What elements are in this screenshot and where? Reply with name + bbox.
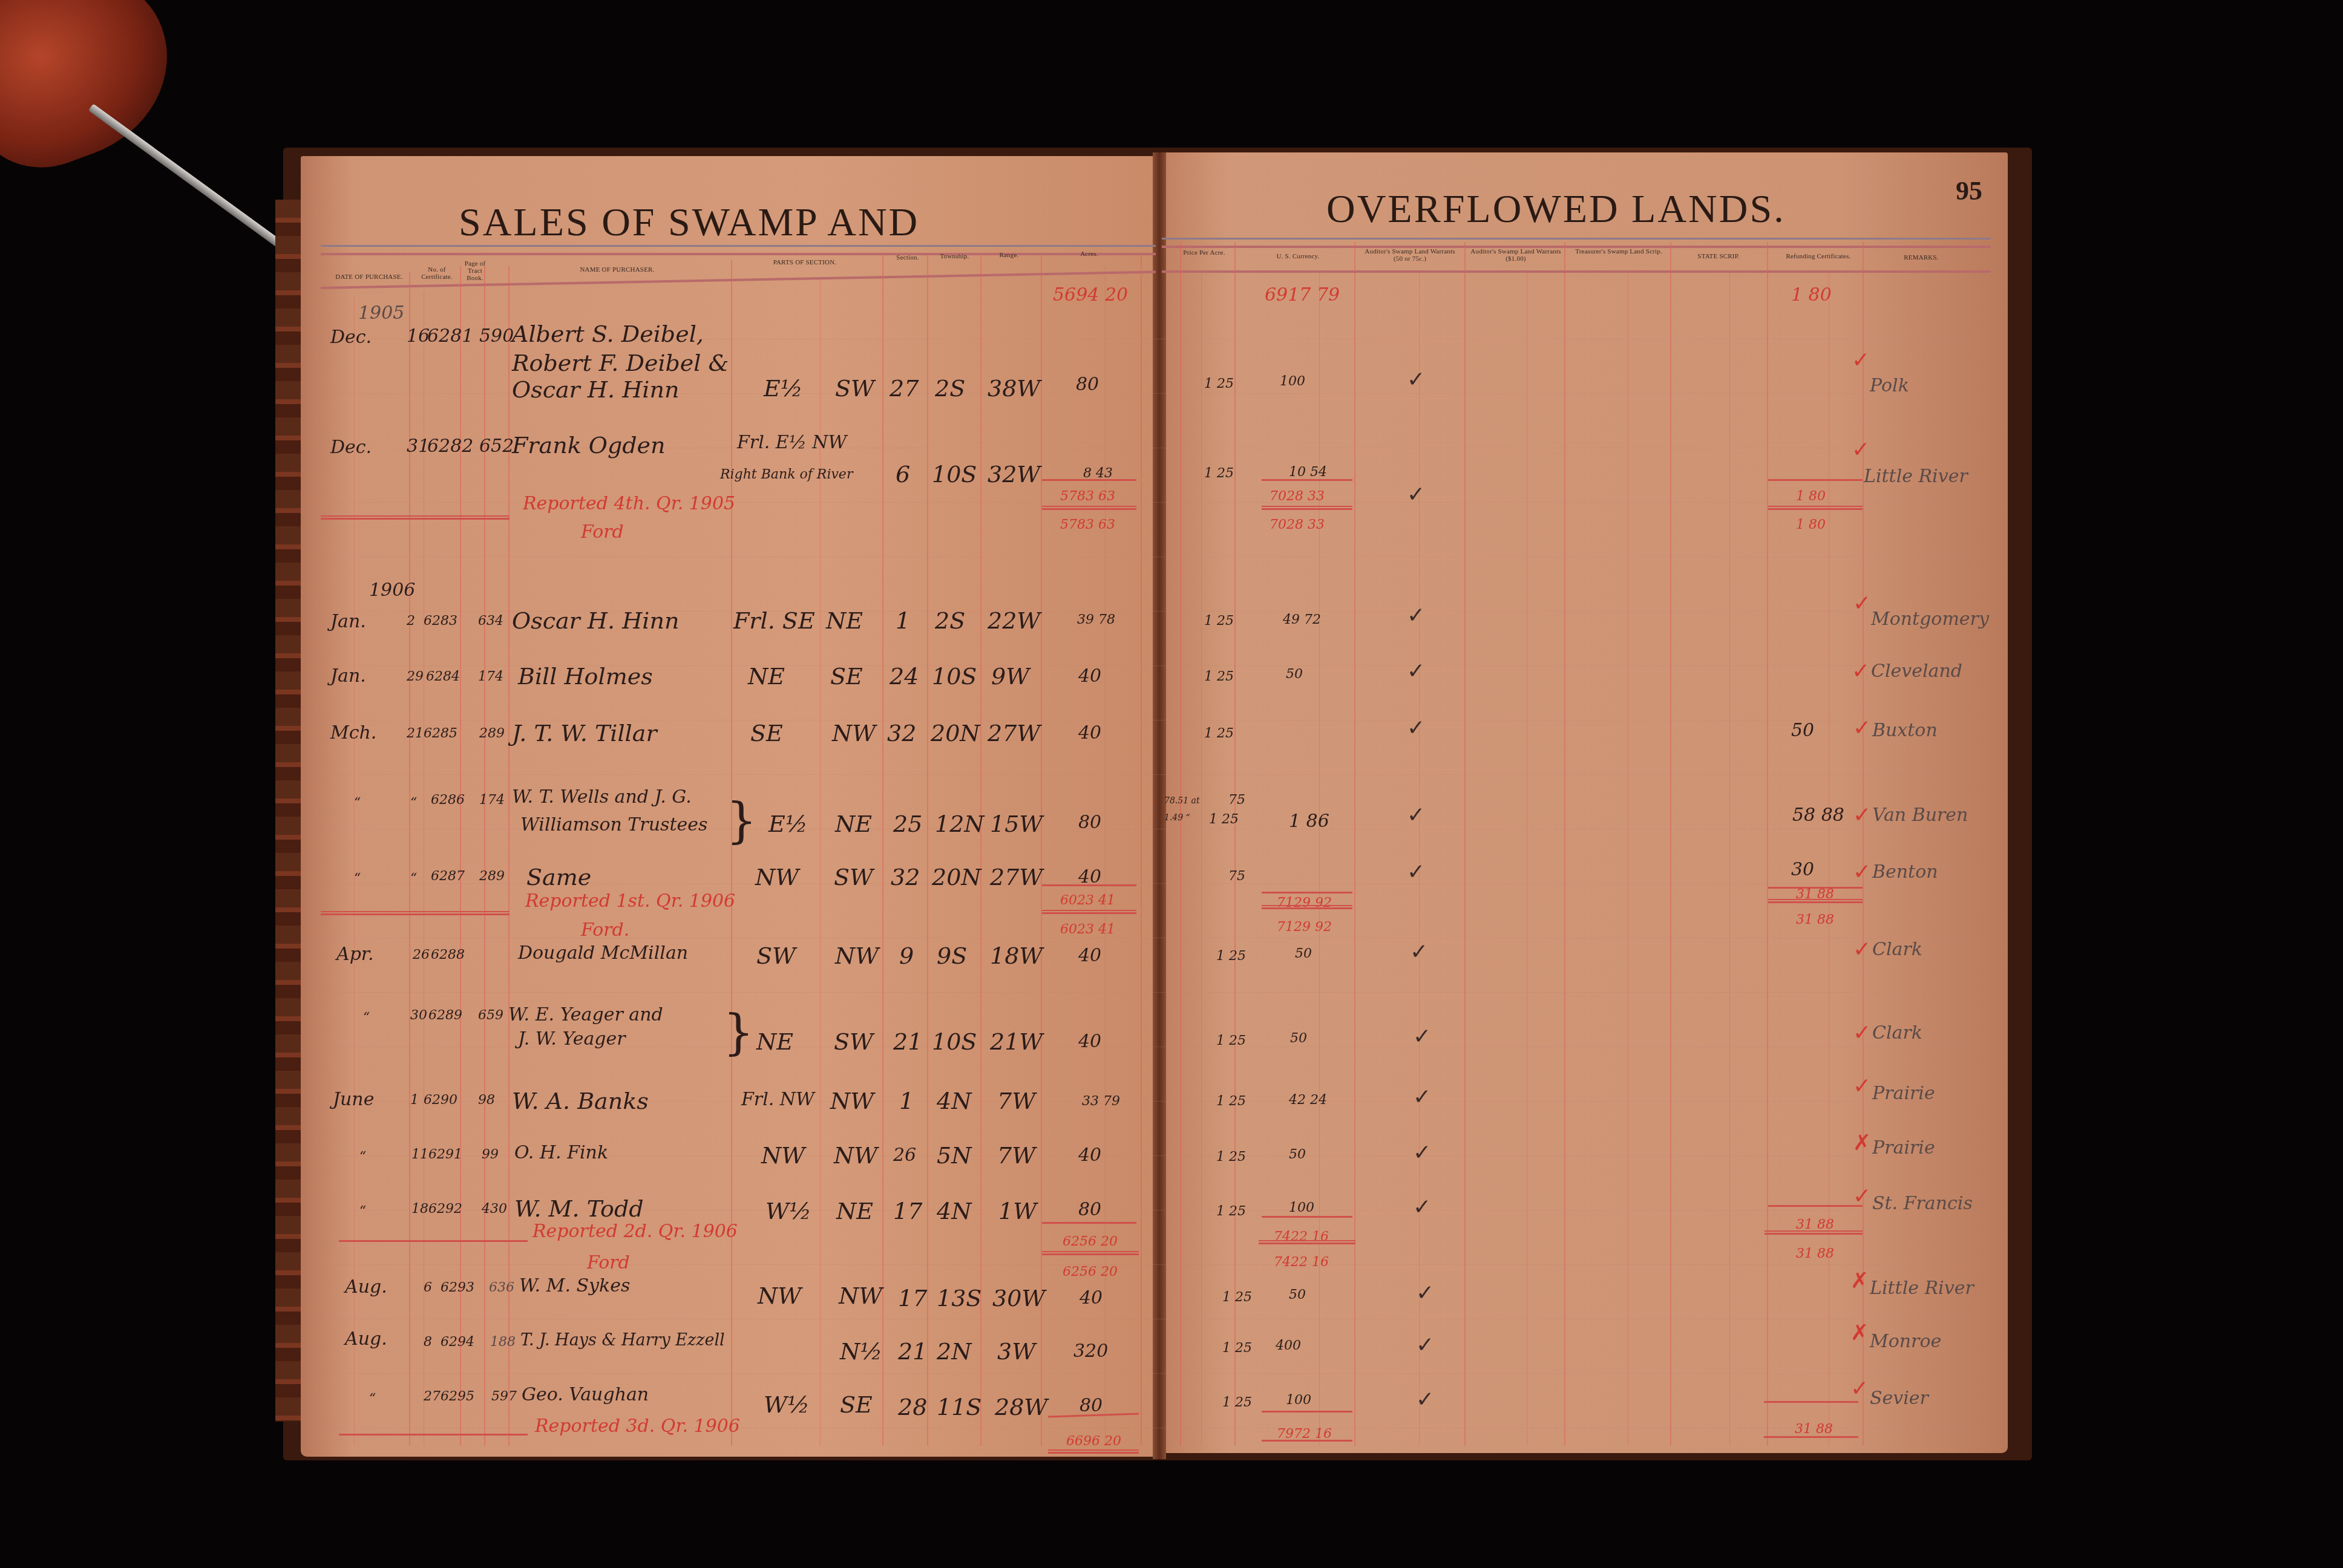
book-gutter [1153, 152, 1166, 1459]
entry-remarks: Benton [1872, 861, 1938, 883]
report-rule [1765, 1230, 1863, 1235]
entry-range: 22W [988, 607, 1040, 634]
column-rule [1527, 272, 1527, 1446]
col-header-aud-warrants-100: Auditor's Swamp Land Warrants ($1.00) [1470, 248, 1561, 263]
entry-price: 1 25 [1204, 669, 1234, 684]
entry-name: O. H. Fink [514, 1142, 608, 1163]
entry-page: 659 [478, 1008, 503, 1023]
subtotal-rule [1042, 884, 1136, 886]
report-refunding-total: 1 80 [1796, 489, 1826, 504]
entry-name: Frank Ogden [512, 432, 666, 459]
entry-page: 430 [482, 1201, 507, 1217]
entry-parts: NW [835, 942, 879, 969]
entry-day: 11 [411, 1147, 428, 1162]
entry-township: 20N [931, 720, 980, 746]
entry-remarks: Sevier [1870, 1388, 1928, 1409]
entry-parts: Frl. SE [733, 607, 815, 634]
row-rule [321, 1373, 1991, 1374]
entry-check-icon: ✓ [1416, 1334, 1434, 1356]
entry-township: 13S [937, 1285, 981, 1312]
entry-parts: Right Bank of River [720, 467, 853, 482]
entry-cert: 6292 [428, 1201, 462, 1217]
entry-page: 289 [479, 726, 505, 741]
entry-acres: 39 78 [1077, 612, 1115, 627]
col-header-treasurer-scrip: Treasurer's Swamp Land Scrip. [1573, 248, 1664, 255]
entry-currency: 50 [1289, 1287, 1306, 1302]
entry-parts: NW [834, 1142, 877, 1169]
remark-check-icon: ✗ [1853, 1132, 1871, 1154]
entry-price: 1 25 [1204, 613, 1234, 629]
entry-month: Dec. [330, 327, 372, 348]
row-rule [321, 938, 1991, 938]
entry-range: 28W [995, 1394, 1047, 1420]
entry-currency: 100 [1286, 1393, 1311, 1408]
entry-parts: SW [835, 375, 874, 402]
entry-acres: 80 [1076, 374, 1099, 395]
row-rule [321, 1264, 1991, 1265]
col-header-price: Price Per Acre. [1183, 249, 1225, 256]
entry-acres: 80 [1080, 1395, 1103, 1416]
entry-cert: 6287 [431, 869, 465, 884]
entry-name: W. A. Banks [512, 1088, 649, 1114]
forward-refunding: 1 80 [1791, 284, 1832, 305]
entry-range: 38W [988, 375, 1040, 402]
report-refunding-forward: 31 88 [1796, 1246, 1834, 1261]
entry-parts: NE [835, 811, 872, 837]
entry-month: “ [359, 1204, 366, 1219]
column-rule [1180, 242, 1181, 1446]
brace-icon: } [723, 1004, 754, 1060]
col-header-section: Section. [890, 254, 926, 261]
entry-parts: NW [839, 1282, 882, 1309]
remark-check-icon: ✓ [1853, 805, 1871, 826]
report-rule [321, 515, 510, 520]
forward-acres: 5694 20 [1053, 284, 1128, 305]
entry-price: 1 25 [1216, 1149, 1246, 1165]
entry-section: 25 [893, 811, 922, 837]
entry-page: 597 [491, 1389, 517, 1404]
column-rule [1141, 254, 1142, 1446]
header-rule [1162, 238, 1991, 240]
entry-parts: NW [832, 720, 876, 746]
entry-name: Oscar H. Hinn [512, 376, 679, 403]
entry-range: 1W [998, 1198, 1037, 1224]
entry-parts: NW [755, 864, 799, 890]
entry-page: 634 [478, 613, 503, 629]
column-rule [1419, 272, 1420, 1446]
entry-check-icon: ✓ [1416, 1282, 1434, 1304]
report-refunding-forward: 1 80 [1796, 517, 1826, 532]
entry-check-icon: ✓ [1413, 1026, 1431, 1048]
entry-month: “ [354, 795, 361, 811]
report-acres-forward: 6256 20 [1063, 1264, 1118, 1279]
row-rule [321, 557, 1991, 557]
entry-section: 1 [896, 607, 910, 634]
column-rule [1767, 242, 1768, 1446]
entry-month: Apr. [336, 944, 373, 965]
col-header-name: NAME OF PURCHASER. [545, 266, 690, 273]
column-rule [1041, 254, 1042, 1446]
report-label: Reported 4th. Qr. 1905 [523, 493, 735, 514]
entry-check-icon: ✓ [1407, 605, 1425, 627]
entry-price: 1 25 [1216, 1033, 1246, 1048]
entry-day: 18 [411, 1201, 428, 1217]
entry-check-icon: ✓ [1413, 1197, 1431, 1218]
entry-range: 27W [988, 720, 1040, 746]
entry-name: W. M. Sykes [519, 1275, 630, 1296]
entry-parts: Frl. NW [741, 1089, 814, 1110]
report-acres-total: 6696 20 [1066, 1434, 1121, 1449]
entry-parts: NE [748, 663, 785, 690]
entry-check-icon: ✓ [1407, 805, 1425, 826]
report-rule [1768, 506, 1863, 510]
entry-cert: 6281 [427, 325, 473, 347]
entry-parts: E½ [764, 375, 803, 402]
entry-acres: 40 [1078, 1145, 1101, 1166]
entry-page: 636 [489, 1280, 514, 1295]
entry-month: Aug. [345, 1328, 387, 1350]
report-rule [321, 911, 510, 915]
remark-check-icon: ✓ [1853, 717, 1871, 739]
report-rule [1262, 1440, 1352, 1442]
report-rule [1262, 506, 1352, 510]
entry-remarks: Little River [1864, 466, 1968, 487]
entry-page: 174 [479, 792, 505, 808]
entry-parts: W½ [765, 1198, 811, 1224]
report-rule [1042, 910, 1136, 914]
report-rule [339, 1240, 528, 1242]
report-acres-forward: 6023 41 [1060, 922, 1115, 937]
entry-cert: 6289 [428, 1008, 462, 1023]
entry-page: 98 [478, 1093, 495, 1108]
entry-check-icon: ✓ [1410, 941, 1428, 963]
column-rule [1464, 242, 1466, 1446]
entry-month: June [333, 1089, 374, 1110]
entry-name: Geo. Vaughan [522, 1384, 649, 1405]
entry-name: Dougald McMillan [518, 942, 688, 964]
entry-parts: SW [834, 864, 873, 890]
row-rule [321, 992, 1991, 993]
entry-remarks: Montgomery [1871, 609, 1989, 630]
entry-price: 1 25 [1204, 376, 1234, 391]
entry-parts: SE [830, 663, 863, 690]
entry-acres: 80 [1078, 812, 1101, 833]
subtotal-rule [1764, 1401, 1858, 1403]
entry-month: Mch. [330, 722, 376, 743]
entry-range: 9W [991, 663, 1029, 690]
entry-acres: 40 [1078, 722, 1101, 743]
remark-check-icon: ✓ [1853, 1076, 1871, 1097]
entry-township: 10S [932, 461, 977, 488]
remark-check-icon: ✗ [1850, 1322, 1869, 1344]
entry-price: 75 [1228, 792, 1245, 808]
entry-remarks: Clark [1872, 1022, 1922, 1044]
entry-day: 2 [407, 613, 415, 629]
entry-range: 7W [997, 1142, 1035, 1169]
entry-day: 21 [407, 726, 424, 741]
subtotal-rule [1262, 892, 1352, 893]
entry-currency: 50 [1286, 667, 1303, 682]
column-rule [1201, 272, 1202, 1446]
entry-refunding: 58 88 [1792, 805, 1844, 826]
column-rule [424, 290, 424, 1446]
subtotal-rule [1042, 1222, 1136, 1224]
entry-currency: 100 [1280, 374, 1305, 389]
entry-currency: 49 72 [1283, 612, 1321, 627]
entry-currency: 400 [1276, 1338, 1301, 1353]
report-currency-total: 7028 33 [1270, 489, 1325, 504]
column-rule [820, 278, 821, 1446]
report-signature: Ford [581, 521, 624, 543]
entry-name: Bill Holmes [518, 663, 653, 690]
header-bottom-rule [1162, 270, 1991, 273]
remark-check-icon: ✓ [1853, 939, 1871, 961]
col-header-township: Township. [929, 253, 980, 260]
entry-parts: Frl. E½ NW [737, 432, 847, 453]
subtotal-rule [1262, 1411, 1352, 1413]
entry-price-note: 1.49 “ [1164, 813, 1190, 823]
entry-name: J. T. W. Tillar [512, 720, 657, 746]
report-currency-forward: 7028 33 [1270, 517, 1325, 532]
entry-section: 1 [899, 1088, 914, 1114]
report-rule [1042, 1251, 1139, 1255]
column-rule [1628, 272, 1628, 1446]
entry-day: 27 [424, 1389, 441, 1404]
subtotal-rule [1042, 479, 1136, 481]
entry-price: 75 [1228, 869, 1245, 884]
entry-day: 8 [424, 1334, 432, 1350]
column-rule [1234, 242, 1236, 1446]
row-rule [321, 774, 1991, 775]
entry-day: 1 [410, 1093, 419, 1108]
entry-parts: N½ [840, 1338, 882, 1365]
entry-name: Oscar H. Hinn [512, 607, 679, 634]
entry-price-note: 78.51 at [1164, 796, 1200, 806]
entry-parts: NW [761, 1142, 805, 1169]
entry-township: 12N [935, 811, 985, 837]
column-rule [927, 254, 928, 1446]
entry-cert: 6290 [424, 1093, 457, 1108]
entry-price: 1 25 [1209, 812, 1239, 827]
entry-parts: SW [834, 1028, 873, 1055]
entry-remarks: Little River [1870, 1278, 1974, 1299]
entry-name: T. J. Hays & Harry Ezzell [520, 1331, 725, 1350]
entry-township: 2N [937, 1338, 971, 1365]
entry-remarks: Polk [1870, 375, 1909, 396]
entry-price: 1 25 [1216, 949, 1246, 964]
col-header-parts: PARTS OF SECTION. [732, 259, 877, 266]
report-rule [1048, 1449, 1139, 1454]
entry-parts: NE [826, 607, 863, 634]
entry-check-icon: ✓ [1413, 1086, 1431, 1108]
entry-section: 26 [893, 1145, 916, 1166]
entry-name: Williamson Trustees [520, 814, 707, 835]
entry-acres: 40 [1078, 1031, 1101, 1052]
year-1906: 1906 [369, 580, 415, 601]
entry-day: 31 [407, 436, 430, 457]
report-rule [1042, 506, 1136, 510]
report-label: Reported 2d. Qr. 1906 [532, 1221, 738, 1242]
column-rule [1319, 272, 1320, 1446]
entry-township: 4N [937, 1088, 971, 1114]
entry-section: 28 [898, 1394, 927, 1420]
entry-cert: 6284 [426, 669, 460, 684]
entry-price: 1 25 [1216, 1204, 1246, 1219]
entry-range: 3W [997, 1338, 1035, 1365]
entry-currency: 10 54 [1289, 465, 1327, 480]
entry-section: 32 [891, 864, 920, 890]
entry-price: 1 25 [1222, 1341, 1252, 1356]
entry-month: Jan. [330, 611, 366, 632]
entry-price: 1 25 [1222, 1290, 1252, 1305]
entry-acres: 40 [1078, 665, 1101, 687]
entry-name: Robert F. Deibel & [512, 350, 729, 376]
entry-day: 16 [407, 325, 430, 347]
remark-check-icon: ✓ [1853, 1022, 1871, 1044]
entry-range: 18W [990, 942, 1043, 969]
report-refunding-total: 31 88 [1795, 1422, 1833, 1437]
col-header-refunding: Refunding Certificates. [1773, 253, 1864, 260]
report-label: Reported 1st. Qr. 1906 [525, 890, 735, 912]
entry-price: 1 25 [1204, 466, 1234, 481]
report-signature: Ford. [581, 920, 629, 941]
entry-range: 7W [997, 1088, 1035, 1114]
entry-parts: NE [836, 1198, 873, 1224]
entry-cert: 6288 [431, 947, 465, 962]
column-rule [1863, 242, 1864, 1446]
entry-section: 9 [899, 942, 914, 969]
entry-currency: 1 86 [1289, 811, 1329, 832]
col-header-acres: Acres. [1065, 250, 1113, 258]
entry-section: 27 [890, 375, 919, 402]
entry-currency: 50 [1295, 946, 1312, 961]
entry-remarks: Prairie [1872, 1137, 1935, 1158]
entry-range: 27W [990, 864, 1043, 890]
col-header-aud-warrants-50: Auditor's Swamp Land Warrants (50 or 75c… [1362, 248, 1458, 263]
entry-cert: 6295 [441, 1389, 474, 1404]
remark-check-icon: ✓ [1852, 439, 1870, 461]
entry-currency: 100 [1289, 1200, 1314, 1215]
column-rule [1729, 272, 1730, 1446]
report-rule [1768, 899, 1863, 903]
entry-township: 5N [937, 1142, 971, 1169]
entry-range: 32W [988, 461, 1040, 488]
entry-month: Dec. [330, 437, 372, 458]
entry-page: 99 [482, 1147, 499, 1162]
col-header-range: Range. [983, 252, 1035, 259]
column-rule [980, 254, 981, 1446]
row-rule [321, 1319, 1991, 1319]
remark-check-icon: ✓ [1852, 661, 1870, 682]
report-acres-total: 5783 63 [1060, 489, 1115, 504]
entry-name: W. M. Todd [514, 1195, 644, 1222]
remark-check-icon: ✓ [1852, 350, 1870, 371]
entry-acres: 80 [1078, 1199, 1101, 1220]
entry-month: Jan. [330, 665, 366, 687]
entry-section: 17 [898, 1285, 927, 1312]
entry-parts: W½ [764, 1391, 810, 1418]
entry-township: 11S [937, 1394, 981, 1420]
subtotal-rule [1768, 479, 1863, 481]
entry-check-icon: ✓ [1407, 861, 1425, 883]
entry-day: 29 [407, 669, 424, 684]
entry-cert: 6285 [424, 726, 457, 741]
entry-check-icon: ✓ [1407, 661, 1425, 682]
entry-month: “ [359, 1149, 366, 1165]
remark-check-icon: ✓ [1853, 861, 1871, 883]
entry-parts: E½ [768, 811, 808, 837]
report-check-icon: ✓ [1407, 484, 1425, 506]
entry-name: Same [526, 864, 591, 890]
entry-refunding: 50 [1791, 720, 1814, 741]
entry-refunding: 30 [1791, 859, 1814, 880]
remark-check-icon: ✗ [1850, 1270, 1869, 1292]
entry-cert: 6282 [427, 436, 473, 457]
entry-remarks: Buxton [1872, 720, 1938, 741]
report-acres-total: 6256 20 [1063, 1234, 1118, 1249]
entry-price: 1 25 [1204, 726, 1234, 741]
column-rule [1564, 242, 1565, 1446]
entry-name: J. W. Yeager [518, 1028, 626, 1050]
remark-check-icon: ✓ [1853, 1186, 1871, 1207]
entry-township: 20N [932, 864, 981, 890]
report-acres-total: 6023 41 [1060, 893, 1115, 908]
entry-remarks: Prairie [1872, 1083, 1935, 1104]
entry-currency: 42 24 [1289, 1093, 1327, 1108]
entry-month: “ [354, 871, 361, 886]
page-number: 95 [1956, 175, 1982, 206]
page-title-left: SALES OF SWAMP AND [459, 200, 919, 246]
entry-cert: 6291 [428, 1147, 462, 1162]
entry-range: 15W [990, 811, 1043, 837]
report-refunding-forward: 31 88 [1796, 912, 1834, 927]
report-label: Reported 3d. Qr. 1906 [535, 1416, 740, 1437]
forward-currency: 6917 79 [1265, 284, 1340, 305]
entry-acres: 40 [1080, 1287, 1103, 1308]
entry-cert: 6283 [424, 613, 457, 629]
col-header-certificate: No. of Certificate. [419, 266, 455, 281]
entry-acres: 320 [1073, 1341, 1108, 1362]
entry-remarks: Monroe [1870, 1331, 1941, 1352]
entry-page: 289 [479, 869, 505, 884]
entry-section: 24 [890, 663, 919, 690]
col-header-remarks: REMARKS. [1876, 254, 1967, 261]
entry-page: 188 [490, 1334, 516, 1350]
entry-cert: 6294 [441, 1334, 474, 1350]
entry-parts: SE [750, 720, 783, 746]
entry-day: 26 [413, 947, 430, 962]
entry-section: 21 [898, 1338, 927, 1365]
header-rule [321, 245, 1156, 247]
entry-remarks: Clark [1872, 939, 1922, 960]
report-currency-forward: 7422 16 [1274, 1255, 1329, 1270]
year-1905: 1905 [358, 302, 404, 324]
entry-currency: 50 [1289, 1147, 1306, 1162]
column-rule [882, 254, 883, 1446]
col-header-tract-book: Page of Tract Book. [463, 260, 487, 282]
entry-check-icon: ✓ [1416, 1389, 1434, 1411]
entry-township: 9S [937, 942, 967, 969]
entry-price: 1 25 [1216, 1094, 1246, 1109]
report-rule [1764, 1436, 1858, 1438]
entry-day: 30 [410, 1008, 427, 1023]
entry-parts: SE [840, 1391, 873, 1418]
column-rule [1670, 242, 1671, 1446]
report-rule [339, 1434, 528, 1436]
entry-check-icon: ✓ [1407, 717, 1425, 739]
entry-parts: NW [830, 1088, 874, 1114]
column-rule [1354, 242, 1355, 1446]
